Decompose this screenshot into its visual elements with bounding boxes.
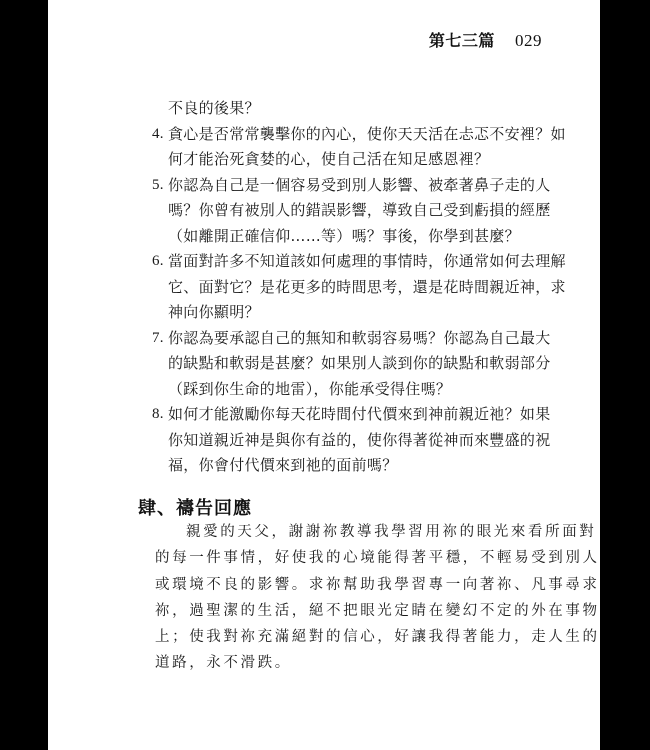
page-number: 029: [515, 31, 542, 50]
prayer-line: 道路，永不滑跌。: [155, 650, 575, 676]
question-number: 8.: [152, 402, 164, 428]
question-line: （踩到你生命的地雷），你能承受得住嗎？: [168, 377, 562, 403]
question-line: 福，你會付代價來到祂的面前嗎？: [168, 453, 562, 479]
question-line: 何才能治死貪婪的心，使自己活在知足感恩裡？: [168, 147, 562, 173]
chapter-title: 第七三篇: [429, 31, 495, 50]
question-number: 5.: [152, 173, 164, 199]
section-heading: 肆、禱告回應: [138, 494, 252, 520]
question-line: 如何才能激勵你每天花時間付代價來到神前親近祂？如果: [168, 402, 562, 428]
question-line: 不良的後果？: [168, 96, 562, 122]
question-line: 貪心是否常常襲擊你的內心，使你天天活在忐忑不安裡？如: [168, 122, 562, 148]
question-line: 它、面對它？是花更多的時間思考，還是花時間親近神，求: [168, 275, 562, 301]
question-number: 6.: [152, 249, 164, 275]
question-line: 的缺點和軟弱是甚麼？如果別人談到你的缺點和軟弱部分: [168, 351, 562, 377]
question-line: 當面對許多不知道該如何處理的事情時，你通常如何去理解: [168, 249, 562, 275]
question-7: 7. 你認為要承認自己的無知和軟弱容易嗎？你認為自己最大 的缺點和軟弱是甚麼？如…: [152, 326, 562, 403]
question-line: 你認為自己是一個容易受到別人影響、被牽著鼻子走的人: [168, 173, 562, 199]
prayer-paragraph: 親愛的天父，謝謝祢教導我學習用祢的眼光來看所面對 的每一件事情，好使我的心境能得…: [155, 519, 575, 677]
prayer-line: 祢，過聖潔的生活，絕不把眼光定睛在變幻不定的外在事物: [155, 598, 575, 624]
question-line: 嗎？你曾有被別人的錯誤影響，導致自己受到虧損的經歷: [168, 198, 562, 224]
prayer-line: 或環境不良的影響。求祢幫助我學習專一向著祢、凡事尋求: [155, 572, 575, 598]
prayer-line: 的每一件事情，好使我的心境能得著平穩，不輕易受到別人: [155, 545, 575, 571]
prayer-line: 親愛的天父，謝謝祢教導我學習用祢的眼光來看所面對: [155, 519, 575, 545]
question-continuation: 不良的後果？: [152, 96, 562, 122]
question-line: 神向你顯明？: [168, 300, 562, 326]
prayer-line: 上；使我對祢充滿絕對的信心，好讓我得著能力，走人生的: [155, 624, 575, 650]
question-number: 7.: [152, 326, 164, 352]
question-6: 6. 當面對許多不知道該如何處理的事情時，你通常如何去理解 它、面對它？是花更多…: [152, 249, 562, 326]
question-4: 4. 貪心是否常常襲擊你的內心，使你天天活在忐忑不安裡？如 何才能治死貪婪的心，…: [152, 122, 562, 173]
running-head: 第七三篇 029: [429, 28, 542, 51]
question-line: （如離開正確信仰……等）嗎？事後，你學到甚麼？: [168, 224, 562, 250]
question-line: 你知道親近神是與你有益的，使你得著從神而來豐盛的祝: [168, 428, 562, 454]
book-page: 第七三篇 029 不良的後果？ 4. 貪心是否常常襲擊你的內心，使你天天活在忐忑…: [48, 0, 600, 750]
question-line: 你認為要承認自己的無知和軟弱容易嗎？你認為自己最大: [168, 326, 562, 352]
question-5: 5. 你認為自己是一個容易受到別人影響、被牽著鼻子走的人 嗎？你曾有被別人的錯誤…: [152, 173, 562, 250]
reflection-questions: 不良的後果？ 4. 貪心是否常常襲擊你的內心，使你天天活在忐忑不安裡？如 何才能…: [152, 96, 562, 479]
question-number: 4.: [152, 122, 164, 148]
question-8: 8. 如何才能激勵你每天花時間付代價來到神前親近祂？如果 你知道親近神是與你有益…: [152, 402, 562, 479]
